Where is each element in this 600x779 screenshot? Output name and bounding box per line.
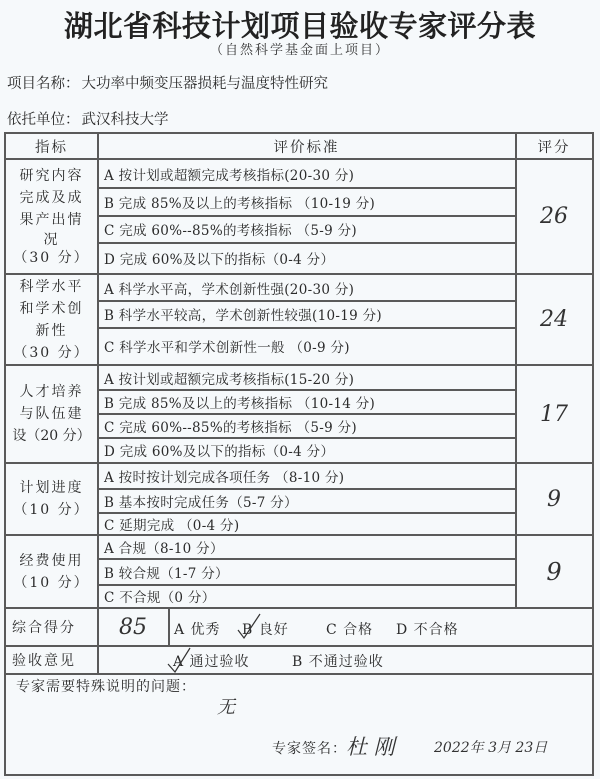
remarks-label: 专家需要特殊说明的问题： [16,676,196,696]
indicator-talent-training: 人才培养 与队伍建 设（20 分） [6,366,97,462]
grade-option-d[interactable]: D 不合格 [396,619,459,639]
criteria-4c: C 延期完成 （0-4 分) [98,513,515,535]
criteria-1d: D 完成 60%及以下的指标（0-4 分） [98,243,515,273]
remarks-value[interactable]: 无 [206,692,246,720]
signature-label: 专家签名： [272,738,347,758]
indicator-scientific-level: 科学水平 和学术创 新性 （30 分） [6,275,97,364]
indicator-research-output: 研究内容 完成及成 果产出情 况 （30 分） [6,160,97,272]
score-section-3[interactable]: 17 [516,366,592,462]
criteria-5a: A 合规（8-10 分） [98,536,515,558]
header-score: 评分 [516,134,592,158]
criteria-3c: C 完成 60%--85%的考核指标 （5-9 分) [98,414,515,437]
criteria-2b: B 科学水平较高，学术创新性较强(10-19 分) [98,301,515,327]
criteria-2c: C 科学水平和学术创新性一般 （0-9 分) [98,328,515,364]
signature-date[interactable]: 2022年 3月 23日 [434,734,584,760]
acceptance-label: 验收意见 [12,646,97,673]
checkmark-icon [236,612,266,642]
form-subtitle: （自然科学基金面上项目） [0,39,600,58]
indicator-schedule: 计划进度 （10 分） [6,464,97,534]
criteria-5c: C 不合规（0 分） [98,585,515,607]
criteria-3d: D 完成 60%及以下的指标（0-4 分） [98,438,515,462]
total-divider-2 [168,608,170,645]
criteria-4a: A 按时按计划完成各项任务 （8-10 分) [98,464,515,488]
signature-name[interactable]: 杜 刚 [346,732,436,760]
criteria-3b: B 完成 85%及以上的考核指标 （10-14 分) [98,390,515,413]
host-unit-label: 依托单位： [7,112,80,128]
criteria-4b: B 基本按时完成任务（5-7 分） [98,489,515,512]
criteria-1a: A 按计划或超额完成考核指标(20-30 分) [98,160,515,187]
criteria-5b: B 较合规（1-7 分） [98,559,515,584]
score-section-1[interactable]: 26 [516,160,592,272]
total-score-label: 综合得分 [12,609,97,645]
project-name-label: 项目名称： [7,76,80,92]
checkmark-icon [166,644,194,674]
project-name-row: 项目名称：大功率中频变压器损耗与温度特性研究 [7,72,328,93]
criteria-1c: C 完成 60%--85%的考核指标 （5-9 分) [98,216,515,242]
header-criteria: 评价标准 [98,134,515,158]
score-table: 指标 评价标准 评分 研究内容 完成及成 果产出情 况 （30 分） A 按计划… [4,132,594,776]
grade-option-c[interactable]: C 合格 [326,619,373,639]
project-name-value: 大功率中频变压器损耗与温度特性研究 [82,76,329,92]
score-section-2[interactable]: 24 [516,275,592,364]
host-unit-value: 武汉科技大学 [82,112,169,128]
indicator-funding: 经费使用 （10 分） [6,536,97,607]
criteria-3a: A 按计划或超额完成考核指标(15-20 分) [98,366,515,389]
score-section-5[interactable]: 9 [516,536,592,607]
grade-option-a[interactable]: A 优秀 [174,619,221,639]
criteria-1b: B 完成 85%及以上的考核指标 （10-19 分) [98,188,515,215]
row-divider [6,673,592,675]
total-score-value[interactable]: 85 [98,609,168,645]
acceptance-option-fail[interactable]: B 不通过验收 [292,651,384,671]
criteria-2a: A 科学水平高，学术创新性强(20-30 分) [98,275,515,300]
header-indicator: 指标 [6,134,97,158]
score-section-4[interactable]: 9 [516,464,592,534]
host-unit-row: 依托单位：武汉科技大学 [7,108,169,129]
